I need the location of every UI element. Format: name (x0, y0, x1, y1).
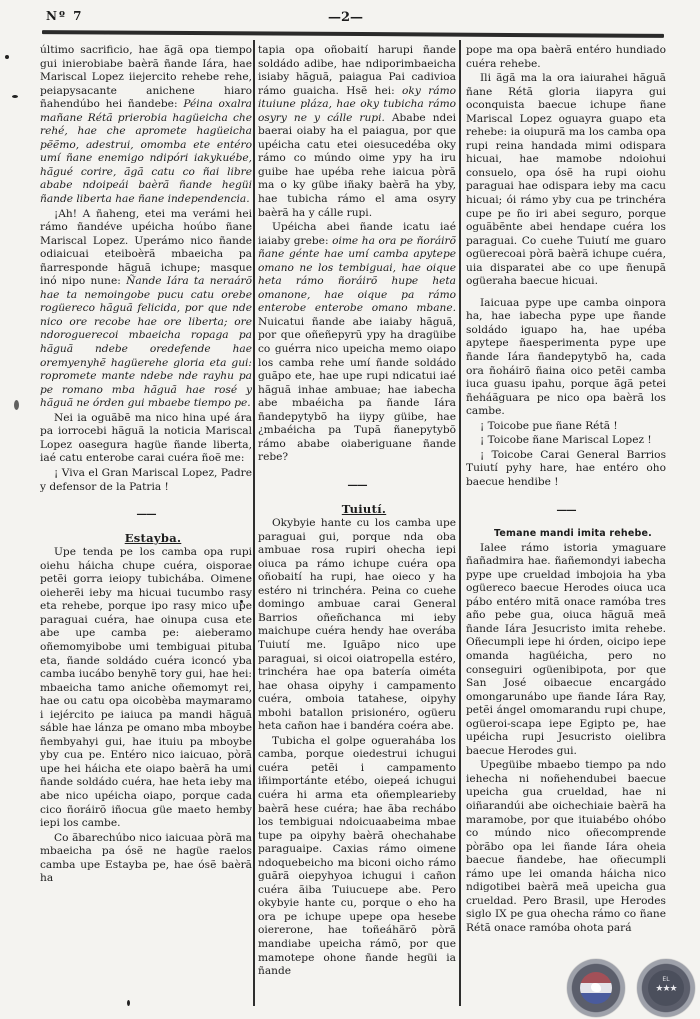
newspaper-page: Nº 7 —2— último sacrificio, hae ãgã opa … (0, 0, 700, 1019)
section-title-estayba: Estayba. (40, 532, 252, 546)
paragraph: Ialee rámo istoria ymaguare ñañadmira ha… (466, 542, 666, 759)
paragraph: pope ma opa baèrã entéro hundiado cuéra … (466, 44, 666, 71)
paragraph: tapia opa oñobaití harupi ñande soldádo … (258, 44, 456, 220)
paragraph: Upéicha abei ñande icatu iaé iaiaby greb… (258, 221, 456, 465)
paragraph: Co ãbarechúbo nico iaicuaa pòrã ma mbaei… (40, 832, 252, 886)
paragraph: ¡Ah! A ñaheng, etei ma verámi hei rámo ñ… (40, 208, 252, 411)
section-divider: —— (258, 479, 456, 493)
paragraph: Nei ia oguãbẽ ma nico hina upé ára pa io… (40, 412, 252, 466)
paraguay-flag-seal-icon (567, 959, 625, 1017)
exclamation: ¡ Toicobe pue ñane Rétã ! (466, 420, 666, 434)
stars-icon: ★★★ (648, 984, 684, 994)
page-header: Nº 7 —2— (0, 0, 700, 40)
paragraph: Ili ãgã ma la ora iaiurahei hãguã ñane R… (466, 72, 666, 289)
print-speck (127, 1000, 130, 1006)
section-divider: —— (466, 504, 666, 518)
print-speck (240, 600, 243, 603)
issue-mark: Nº 7 (46, 9, 84, 23)
paragraph: Upegüibe mbaebo tiempo pa ndo iehecha ni… (466, 759, 666, 935)
paragraph: Upe tenda pe los camba opa rupi oiehu há… (40, 546, 252, 830)
map-silhouette-icon (591, 983, 601, 992)
paragraph: Okybyie hante cu los camba upe paraguai … (258, 517, 456, 734)
column-left: último sacrificio, hae ãgã opa tiempo gu… (40, 44, 252, 886)
column-middle: tapia opa oñobaití harupi ñande soldádo … (258, 44, 456, 979)
column-divider (459, 40, 461, 1006)
paragraph: Iaicuaa pype upe camba oinpora ha, hae i… (466, 297, 666, 419)
exclamation: ¡ Viva el Gran Mariscal Lopez, Padre y d… (40, 467, 252, 494)
print-speck (5, 55, 9, 59)
section-title-temane: Temane mandi imita rehebe. (466, 527, 666, 541)
paragraph: último sacrificio, hae ãgã opa tiempo gu… (40, 44, 252, 207)
archive-seals: EL ★★★ (563, 957, 700, 1019)
print-speck (14, 400, 19, 410)
column-divider (253, 40, 255, 1006)
print-speck (12, 95, 18, 98)
three-stars-seal-icon: EL ★★★ (637, 959, 695, 1017)
exclamation: ¡ Toicobe ñane Mariscal Lopez ! (466, 434, 666, 448)
flag-icon (580, 972, 612, 1004)
paragraph: Tubicha el golpe oguerahába los camba, p… (258, 735, 456, 979)
header-rule (42, 30, 664, 38)
page-number: —2— (328, 10, 363, 25)
section-title-tuiuti: Tuiutí. (258, 503, 456, 517)
column-right: pope ma opa baèrã entéro hundiado cuéra … (466, 44, 666, 935)
section-divider: —— (40, 508, 252, 522)
exclamation: ¡ Toicobe Carai General Barrios Tuiutí p… (466, 449, 666, 490)
